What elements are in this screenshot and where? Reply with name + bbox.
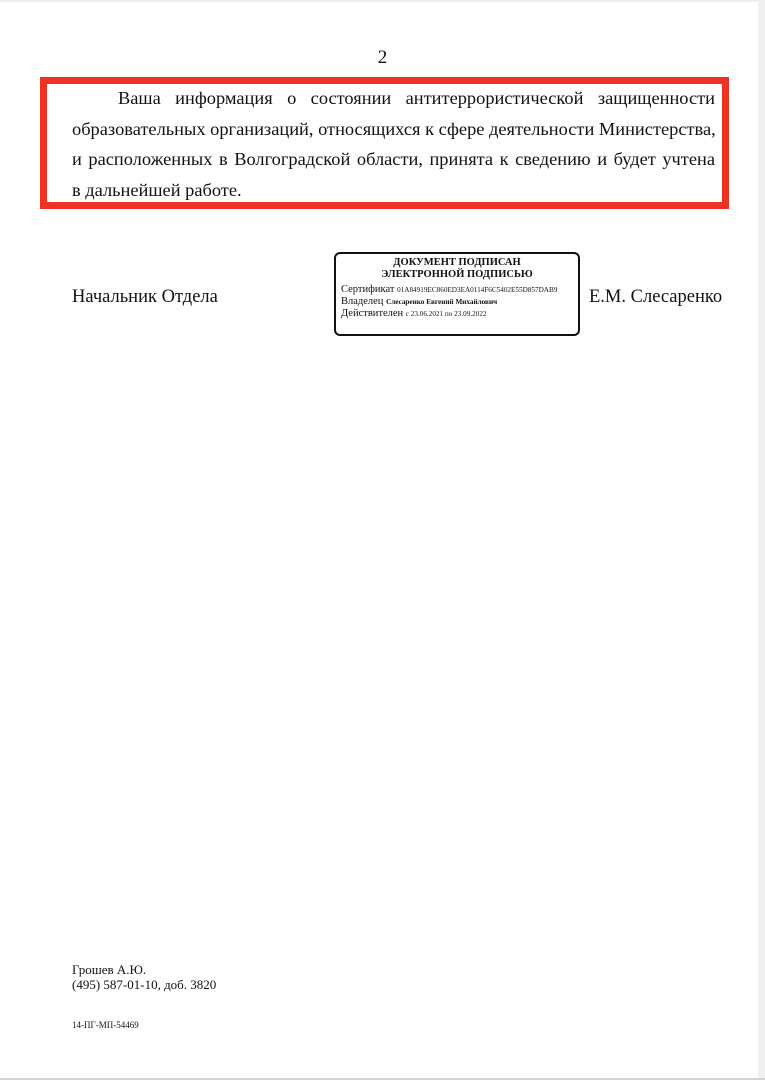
body-paragraph: Ваша информация о состоянии антитеррорис… xyxy=(72,83,715,205)
validity-label: Действителен xyxy=(341,308,403,319)
executor-phone: (495) 587-01-10, доб. 3820 xyxy=(72,977,216,992)
page-number: 2 xyxy=(0,47,765,69)
owner-label: Владелец xyxy=(341,296,383,307)
stamp-validity: Действителен с 23.06.2021 по 23.09.2022 xyxy=(341,308,573,320)
certificate-label: Сертификат xyxy=(341,284,394,295)
certificate-value: 01A84919EC860ED3EA0114F6C5402E55D857DAB9 xyxy=(397,286,557,294)
stamp-header: ДОКУМЕНТ ПОДПИСАН xyxy=(341,257,573,269)
paragraph-line: образовательных организаций, относящихся… xyxy=(72,114,715,145)
stamp-header: ЭЛЕКТРОННОЙ ПОДПИСЬЮ xyxy=(341,269,573,281)
stamp-owner: Владелец Слесаренко Евгений Михайлович xyxy=(341,296,573,308)
registration-number: 14-ПГ-МП-54469 xyxy=(72,1020,139,1030)
stamp-certificate: Сертификат 01A84919EC860ED3EA0114F6C5402… xyxy=(341,284,573,296)
executor-name: Грошев А.Ю. xyxy=(72,962,146,977)
signer-name: Е.М. Слесаренко xyxy=(589,287,722,308)
page-edge xyxy=(0,0,765,2)
paragraph-line: Ваша информация о состоянии антитеррорис… xyxy=(72,83,715,114)
validity-value: с 23.06.2021 по 23.09.2022 xyxy=(406,310,487,318)
paragraph-line: в дальнейшей работе. xyxy=(72,175,715,206)
paragraph-line: и расположенных в Волгоградской области,… xyxy=(72,144,715,175)
e-signature-stamp: ДОКУМЕНТ ПОДПИСАН ЭЛЕКТРОННОЙ ПОДПИСЬЮ С… xyxy=(334,252,580,336)
owner-value: Слесаренко Евгений Михайлович xyxy=(386,298,497,306)
signer-position: Начальник Отдела xyxy=(72,287,218,308)
page-edge xyxy=(758,0,765,1080)
